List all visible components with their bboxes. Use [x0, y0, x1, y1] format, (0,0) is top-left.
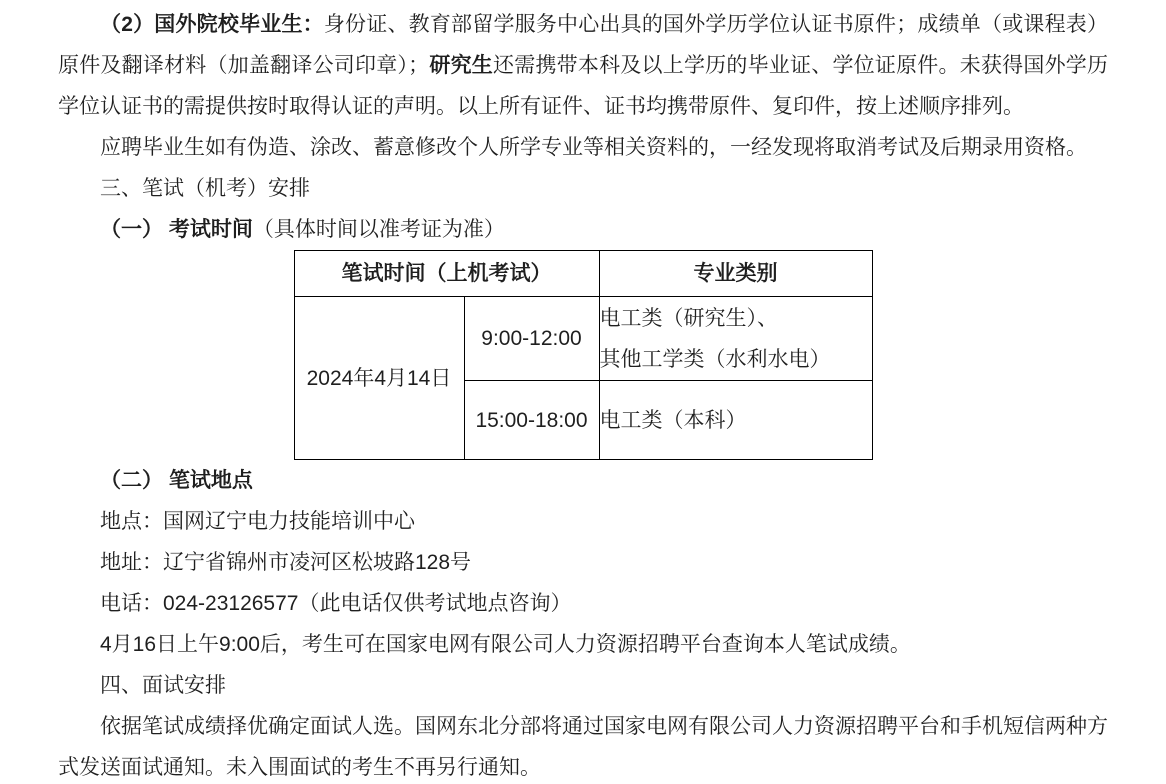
- afternoon-category-line-1: 电工类（本科）: [600, 400, 872, 441]
- line-address: 地址：辽宁省锦州市凌河区松坡路128号: [58, 542, 1108, 583]
- cell-morning-categories: 电工类（研究生）、 其他工学类（水利水电）: [599, 297, 872, 381]
- line-location: 地点：国网辽宁电力技能培训中心: [58, 501, 1108, 542]
- table-row-morning: 2024年4月14日 9:00-12:00 电工类（研究生）、 其他工学类（水利…: [294, 297, 872, 381]
- table-header-row: 笔试时间（上机考试） 专业类别: [294, 251, 872, 297]
- cell-morning-time: 9:00-12:00: [464, 297, 599, 381]
- line-phone: 电话：024-23126577（此电话仅供考试地点咨询）: [58, 583, 1108, 624]
- document-page: （2）国外院校毕业生：身份证、教育部留学服务中心出具的国外学历学位认证书原件；成…: [0, 0, 1166, 784]
- para-overseas-graduates: （2）国外院校毕业生：身份证、教育部留学服务中心出具的国外学历学位认证书原件；成…: [58, 4, 1108, 127]
- header-exam-time: 笔试时间（上机考试）: [294, 251, 599, 297]
- exam-time-label-bold: （一） 考试时间: [100, 218, 253, 241]
- heading-interview: 四、面试安排: [58, 665, 1108, 706]
- cell-afternoon-time: 15:00-18:00: [464, 381, 599, 460]
- heading-exam-time: （一） 考试时间（具体时间以准考证为准）: [58, 209, 1108, 250]
- overseas-label-bold: （2）国外院校毕业生：: [100, 13, 324, 36]
- cell-afternoon-categories: 电工类（本科）: [599, 381, 872, 460]
- morning-category-line-1: 电工类（研究生）、: [600, 298, 872, 339]
- line-score-query: 4月16日上午9:00后，考生可在国家电网有限公司人力资源招聘平台查询本人笔试成…: [58, 624, 1108, 665]
- para-forgery-warning: 应聘毕业生如有伪造、涂改、蓄意修改个人所学专业等相关资料的，一经发现将取消考试及…: [58, 127, 1108, 168]
- cell-exam-date: 2024年4月14日: [294, 297, 464, 460]
- document-content: （2）国外院校毕业生：身份证、教育部留学服务中心出具的国外学历学位认证书原件；成…: [58, 0, 1108, 784]
- exam-time-note: （具体时间以准考证为准）: [253, 218, 505, 241]
- heading-written-exam: 三、笔试（机考）安排: [58, 168, 1108, 209]
- morning-category-line-2: 其他工学类（水利水电）: [600, 339, 872, 380]
- graduate-student-bold: 研究生: [429, 54, 493, 77]
- exam-schedule-table: 笔试时间（上机考试） 专业类别 2024年4月14日 9:00-12:00 电工…: [294, 250, 873, 460]
- para-interview-notice: 依据笔试成绩择优确定面试人选。国网东北分部将通过国家电网有限公司人力资源招聘平台…: [58, 706, 1108, 784]
- heading-exam-location: （二） 笔试地点: [58, 460, 1108, 501]
- header-major-category: 专业类别: [599, 251, 872, 297]
